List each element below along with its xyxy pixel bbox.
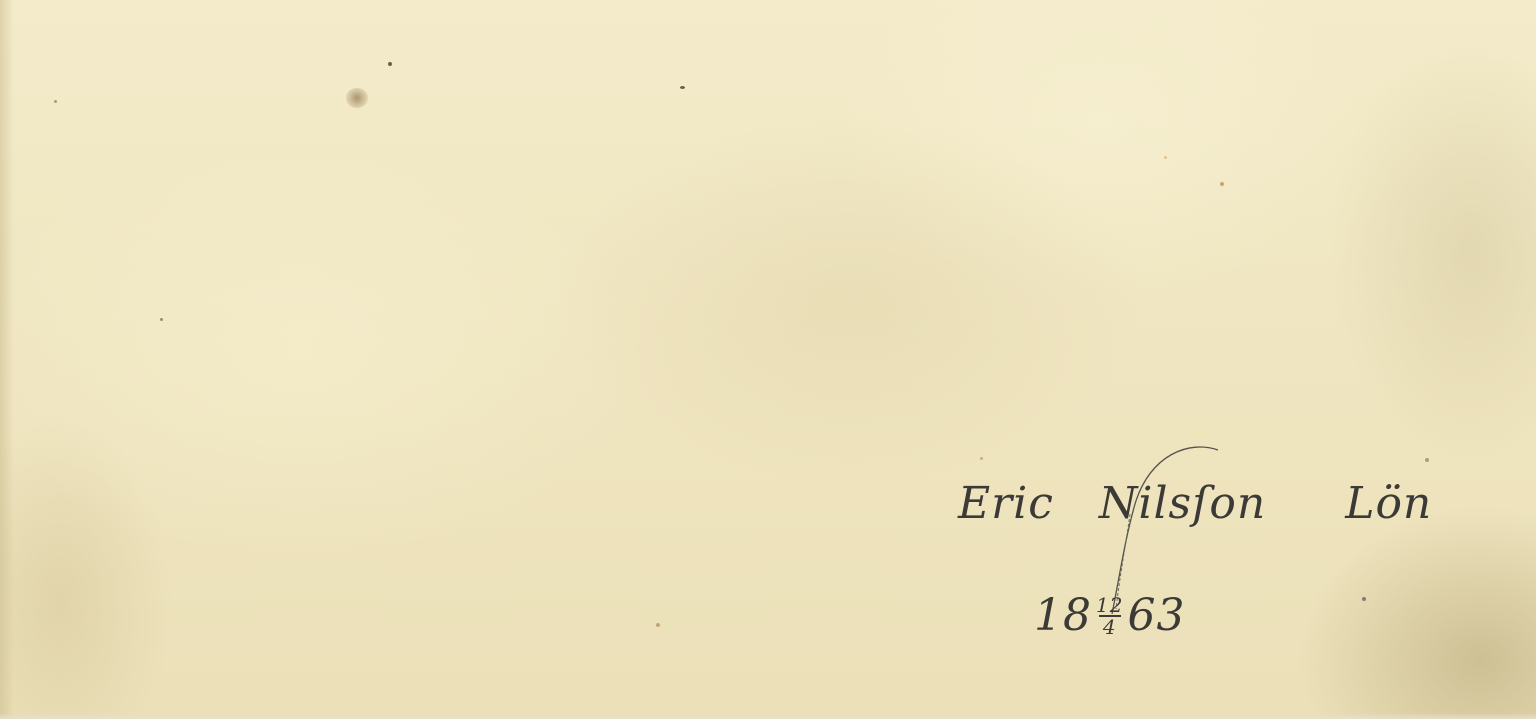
signature-name: Eric Nilsſon Lön [958,478,1432,529]
date-fraction: 12 4 [1096,596,1123,636]
ink-speck [54,100,57,103]
first-name: Eric [958,478,1054,529]
date-year: 63 [1127,590,1185,641]
paper-edge-bottom [0,713,1536,719]
date-century: 18 [1034,590,1092,641]
foxing-stain [346,88,368,108]
foxing-speck [980,457,983,460]
paper-page: Eric Nilsſon Lön 18 12 4 63 [0,0,1536,719]
date-day: 12 [1096,596,1123,614]
foxing-speck [1220,182,1224,186]
title-word: Lön [1345,478,1432,529]
ink-speck [680,86,685,89]
last-name: Nilsſon [1099,478,1266,529]
ink-speck [1425,458,1429,462]
ink-speck [388,62,392,66]
foxing-speck [1164,156,1167,159]
paper-edge-left [0,0,14,719]
inscription-date: 18 12 4 63 [1034,590,1185,641]
date-month: 4 [1103,618,1117,636]
foxing-speck [656,623,660,627]
ink-speck [160,318,163,321]
ink-speck [1362,597,1366,601]
